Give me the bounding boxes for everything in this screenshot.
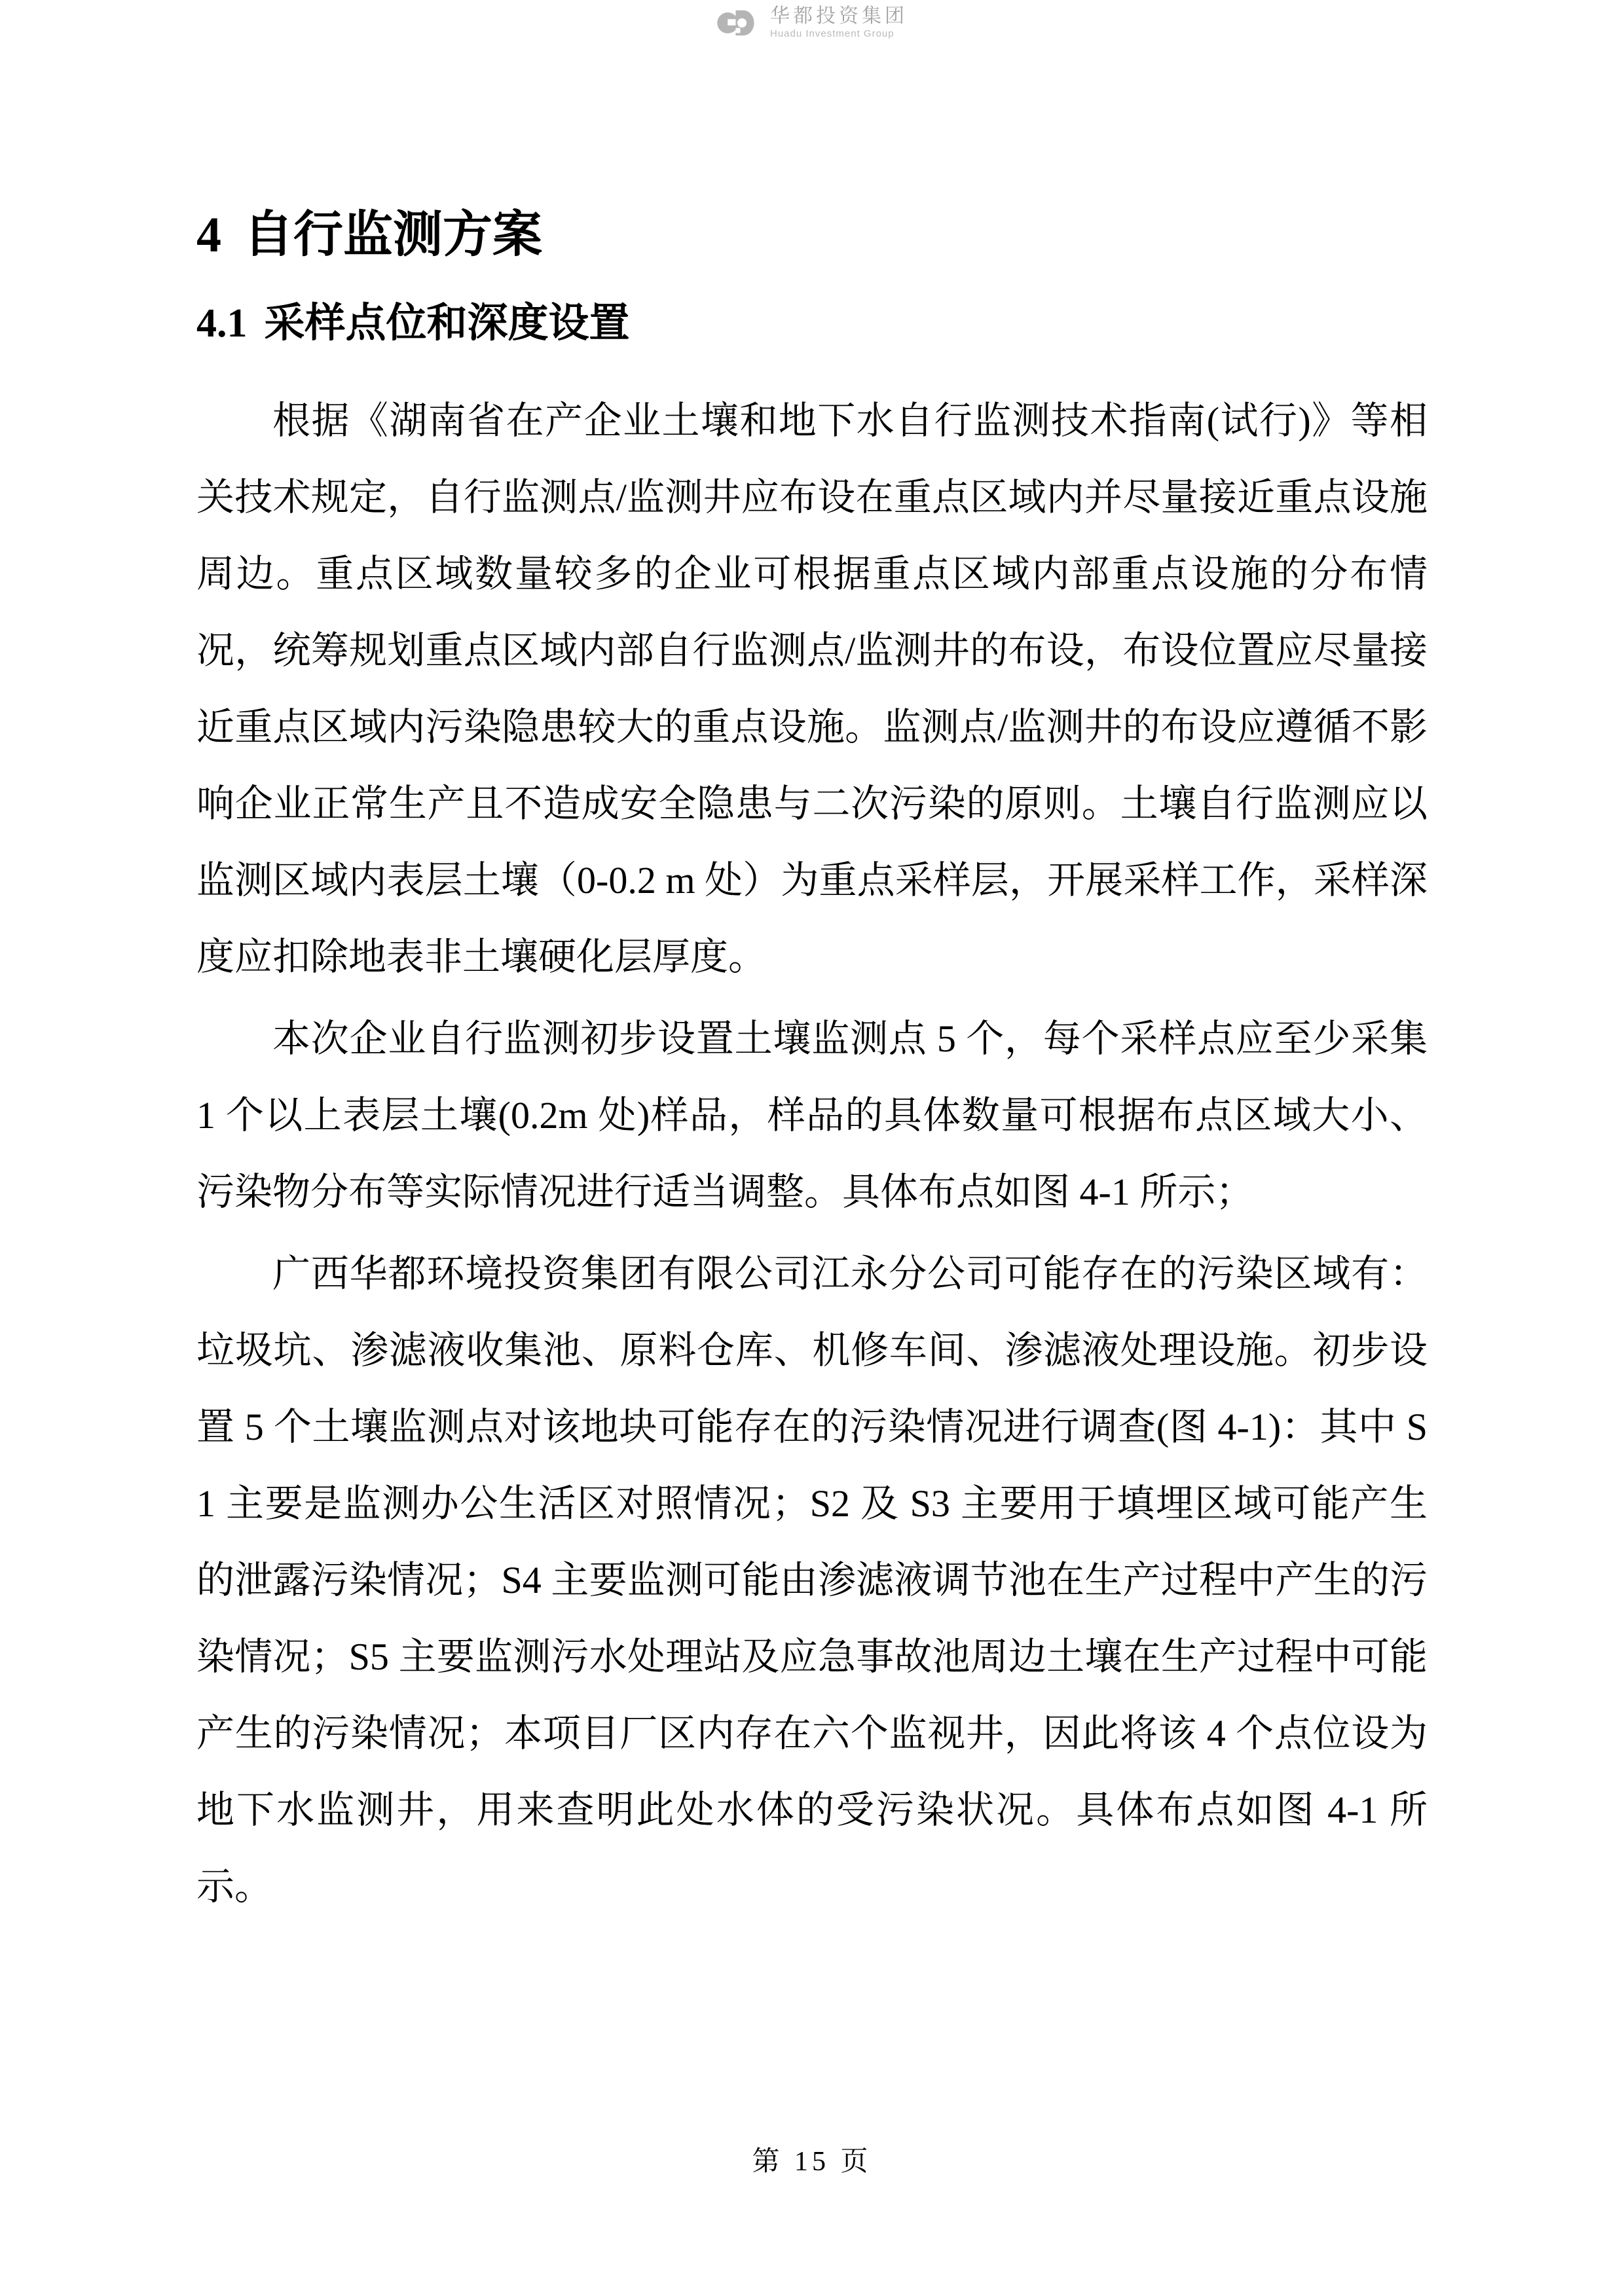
document-content: 4自行监测方案 4.1采样点位和深度设置 根据《湖南省在产企业土壤和地下水自行监…	[196, 208, 1428, 1930]
section-number: 4	[196, 208, 221, 263]
section-title: 自行监测方案	[244, 208, 542, 263]
paragraph-2: 本次企业自行监测初步设置土壤监测点 5 个，每个采样点应至少采集 1 个以上表层…	[196, 1000, 1428, 1230]
section-heading: 4自行监测方案	[196, 208, 1428, 263]
company-logo: 华都投资集团 Huadu Investment Group	[0, 5, 1624, 40]
body-text: 根据《湖南省在产企业土壤和地下水自行监测技术指南(试行)》等相关技术规定，自行监…	[196, 382, 1428, 1925]
paragraph-1: 根据《湖南省在产企业土壤和地下水自行监测技术指南(试行)》等相关技术规定，自行监…	[196, 382, 1428, 995]
subsection-heading: 4.1采样点位和深度设置	[196, 301, 1428, 346]
hd-logo-icon	[716, 6, 758, 40]
paragraph-3: 广西华都环境投资集团有限公司江永分公司可能存在的污染区域有：垃圾坑、渗滤液收集池…	[196, 1235, 1428, 1925]
subsection-number: 4.1	[196, 301, 248, 346]
company-name-en: Huadu Investment Group	[770, 28, 908, 40]
company-name-cn: 华都投资集团	[770, 5, 908, 27]
page-number: 第 15 页	[0, 2140, 1624, 2179]
document-page: 华都投资集团 Huadu Investment Group 4自行监测方案 4.…	[0, 0, 1624, 2296]
company-logo-text: 华都投资集团 Huadu Investment Group	[770, 5, 908, 40]
subsection-title: 采样点位和深度设置	[265, 301, 630, 346]
